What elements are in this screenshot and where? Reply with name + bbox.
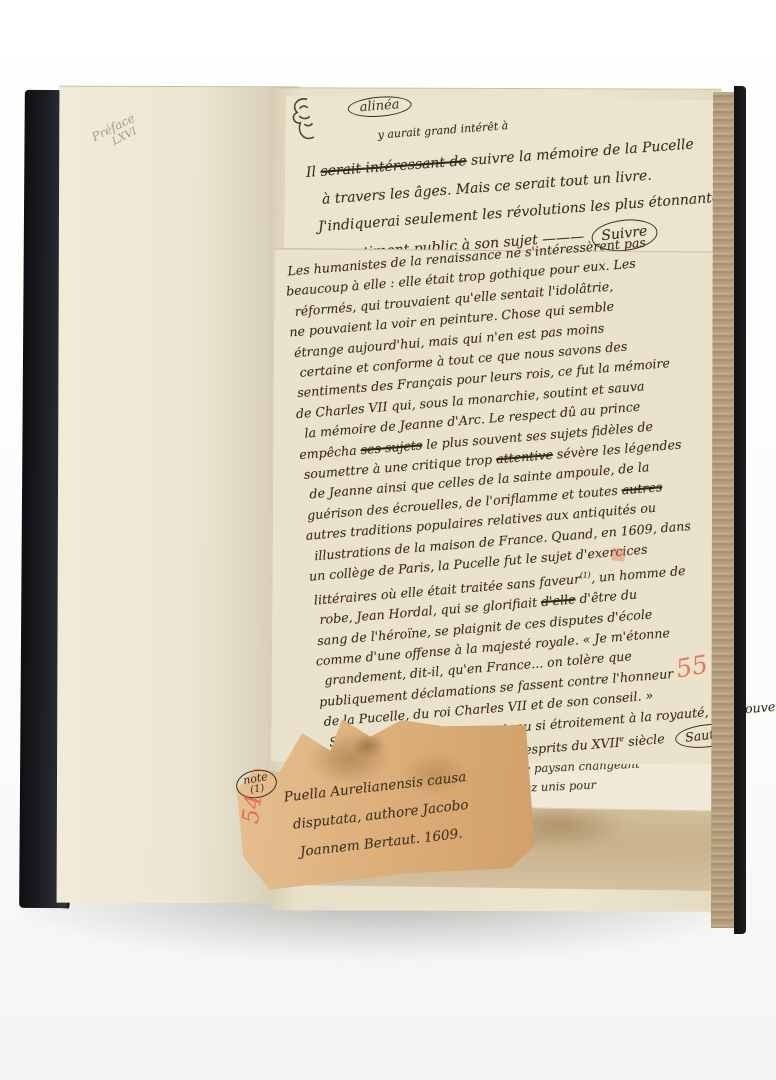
ms-text-seg: , un homme de	[590, 562, 686, 585]
ms-text-seg: d'être du	[575, 587, 638, 607]
ms-text-seg: siècle	[624, 731, 670, 750]
red-folio-number-55: 55	[674, 649, 710, 683]
ms-text-seg: empêcha	[299, 442, 362, 462]
alinea-mark: alinéa	[347, 94, 412, 119]
struck-text: d'elle	[540, 592, 576, 610]
superscript-ref: (1)	[579, 570, 591, 580]
body-handwriting: Les humanistes de la renaissance ne s'in…	[287, 225, 776, 799]
book-cover-right	[734, 86, 746, 934]
red-check-mark	[611, 547, 625, 561]
photo-stage: Préface LXVI terre se devait à sa ——que …	[0, 0, 776, 1080]
red-folio-number-54: 54	[238, 793, 267, 825]
struck-text: ses sujets	[360, 437, 423, 457]
struck-text: attentive	[496, 447, 554, 467]
struck-text: serait intéressant de	[320, 153, 467, 180]
struck-text: autres	[621, 479, 663, 497]
manuscript-body-sheet: Les humanistes de la renaissance ne s'in…	[270, 248, 723, 764]
pencil-note: Préface LXVI	[90, 112, 143, 156]
manuscript-opening-sheet: alinéa y aurait grand intérêt à Il serai…	[283, 96, 723, 254]
